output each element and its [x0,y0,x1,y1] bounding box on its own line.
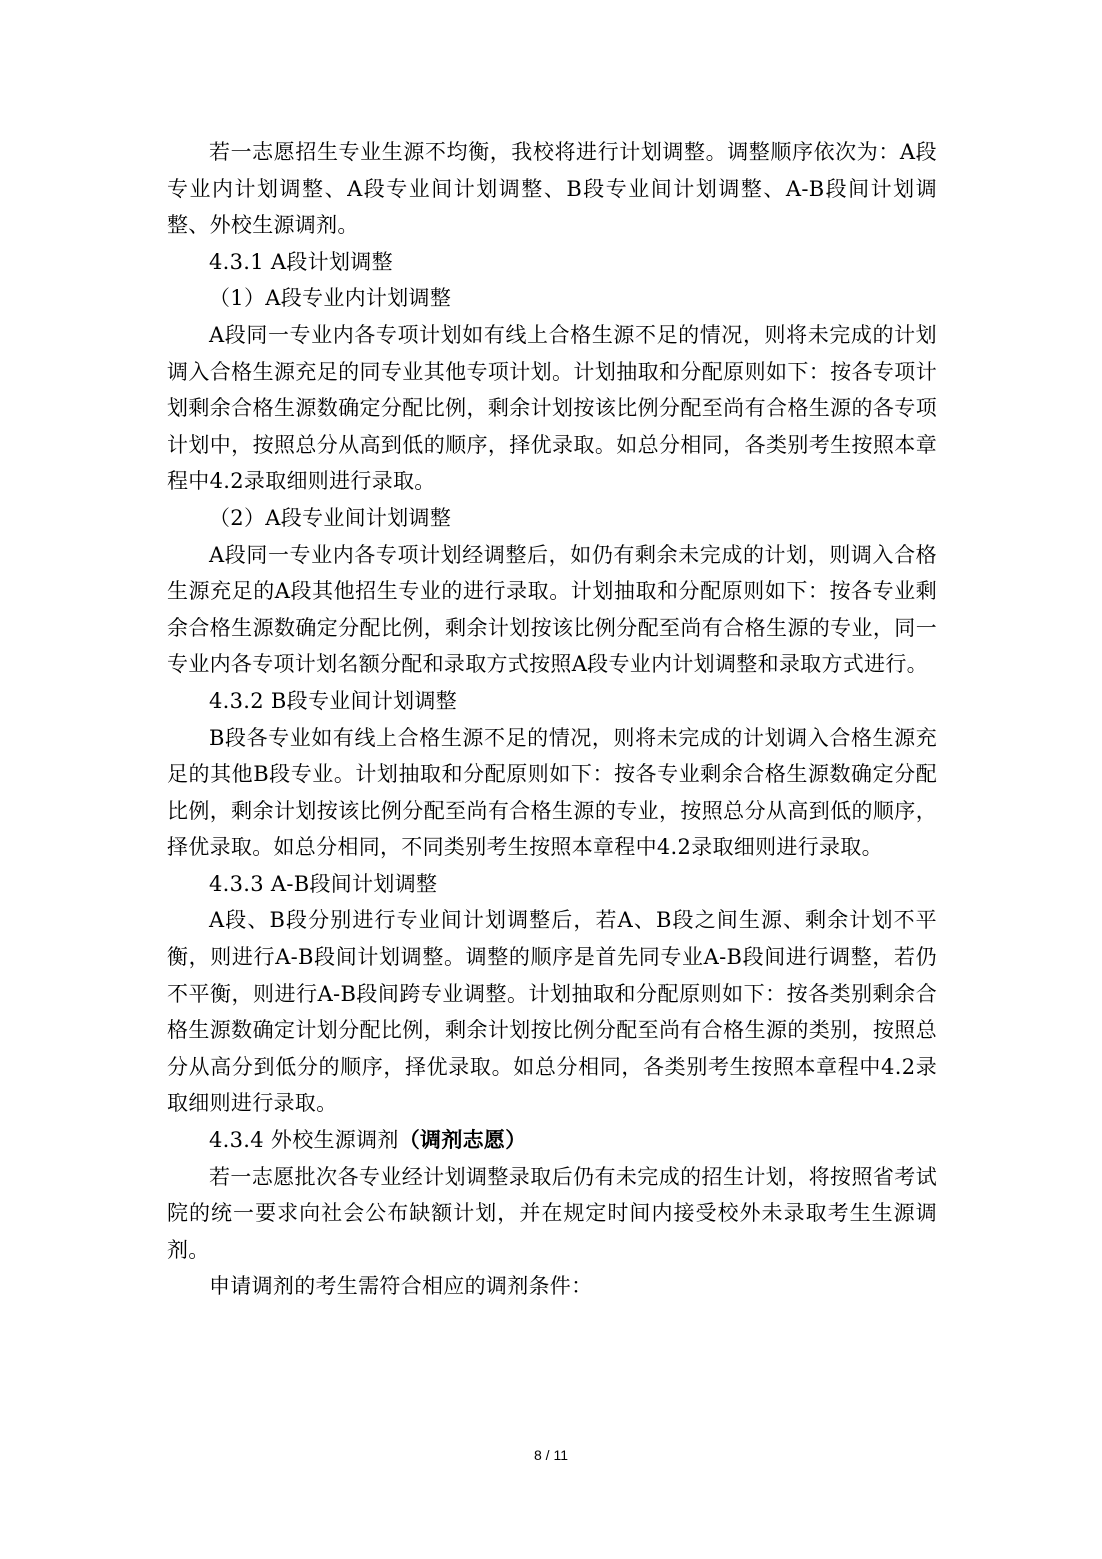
subheading-a-inter-major: （2）A段专业间计划调整 [167,500,937,537]
section-heading-4-3-1: 4.3.1 A段计划调整 [167,244,937,281]
page-number: 8 / 11 [0,1447,1102,1463]
subheading-a-intra-major: （1）A段专业内计划调整 [167,280,937,317]
paragraph-ab-adjustment: A段、B段分别进行专业间计划调整后，若A、B段之间生源、剩余计划不平衡，则进行A… [167,902,937,1122]
paragraph-b-inter-major: B段各专业如有线上合格生源不足的情况，则将未完成的计划调入合格生源充足的其他B段… [167,720,937,866]
paragraph-transfer-conditions: 申请调剂的考生需符合相应的调剂条件： [167,1268,937,1305]
paragraph-a-intra-major: A段同一专业内各专项计划如有线上合格生源不足的情况，则将未完成的计划调入合格生源… [167,317,937,500]
heading-text: 4.3.4 外校生源调剂 [209,1128,399,1152]
section-heading-4-3-4: 4.3.4 外校生源调剂（调剂志愿） [167,1122,937,1159]
intro-paragraph: 若一志愿招生专业生源不均衡，我校将进行计划调整。调整顺序依次为：A段专业内计划调… [167,134,937,244]
paragraph-external-transfer: 若一志愿批次各专业经计划调整录取后仍有未完成的招生计划，将按照省考试院的统一要求… [167,1159,937,1269]
heading-bold-suffix: （调剂志愿） [399,1128,527,1152]
section-heading-4-3-2: 4.3.2 B段专业间计划调整 [167,683,937,720]
section-heading-4-3-3: 4.3.3 A-B段间计划调整 [167,866,937,903]
document-page: 若一志愿招生专业生源不均衡，我校将进行计划调整。调整顺序依次为：A段专业内计划调… [167,134,937,1305]
paragraph-a-inter-major: A段同一专业内各专项计划经调整后，如仍有剩余未完成的计划，则调入合格生源充足的A… [167,537,937,683]
